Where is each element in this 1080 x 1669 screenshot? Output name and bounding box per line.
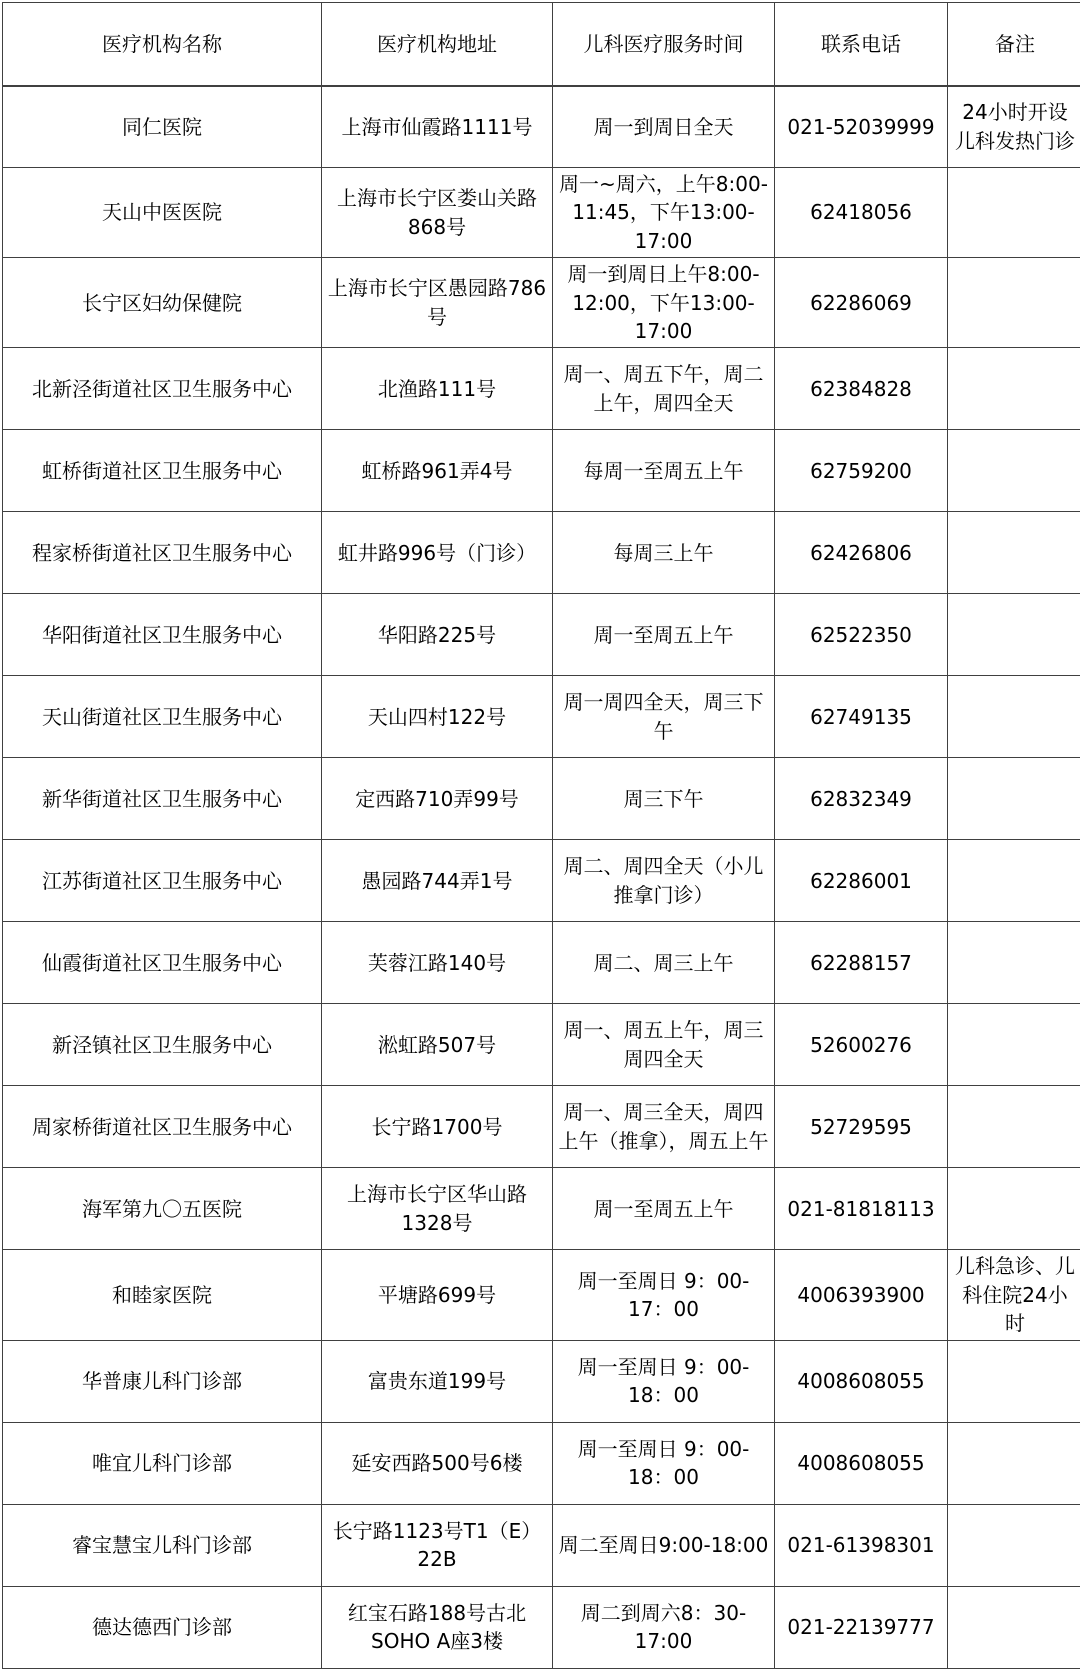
cell-phone: 62288157 [775, 922, 948, 1004]
cell-institution-name: 同仁医院 [3, 86, 322, 168]
cell-remark [948, 840, 1080, 922]
cell-institution-name: 天山街道社区卫生服务中心 [3, 676, 322, 758]
cell-institution-address: 定西路710弄99号 [322, 758, 553, 840]
cell-institution-name: 江苏街道社区卫生服务中心 [3, 840, 322, 922]
table-row: 睿宝慧宝儿科门诊部 长宁路1123号T1（E）22B 周二至周日9:00-18:… [3, 1504, 1080, 1586]
cell-service-hours: 周一、周五下午，周二上午，周四全天 [553, 348, 775, 430]
cell-remark [948, 512, 1080, 594]
cell-service-hours: 周一至周日 9：00-18：00 [553, 1340, 775, 1422]
cell-institution-address: 上海市仙霞路1111号 [322, 86, 553, 168]
cell-remark [948, 1340, 1080, 1422]
cell-phone: 62426806 [775, 512, 948, 594]
cell-remark [948, 168, 1080, 258]
table-row: 唯宜儿科门诊部 延安西路500号6楼 周一至周日 9：00-18：00 4008… [3, 1422, 1080, 1504]
cell-institution-name: 德达德西门诊部 [3, 1586, 322, 1668]
table-row: 和睦家医院 平塘路699号 周一至周日 9：00-17：00 400639390… [3, 1250, 1080, 1340]
cell-service-hours: 周一到周日上午8:00-12:00，下午13:00-17:00 [553, 258, 775, 348]
cell-institution-address: 天山四村122号 [322, 676, 553, 758]
cell-service-hours: 周二、周三上午 [553, 922, 775, 1004]
cell-institution-name: 程家桥街道社区卫生服务中心 [3, 512, 322, 594]
cell-institution-name: 周家桥街道社区卫生服务中心 [3, 1086, 322, 1168]
cell-institution-address: 虹桥路961弄4号 [322, 430, 553, 512]
cell-service-hours: 周二、周四全天（小儿推拿门诊） [553, 840, 775, 922]
table-row: 华普康儿科门诊部 富贵东道199号 周一至周日 9：00-18：00 40086… [3, 1340, 1080, 1422]
cell-institution-address: 虹井路996号（门诊） [322, 512, 553, 594]
cell-institution-address: 愚园路744弄1号 [322, 840, 553, 922]
cell-phone: 62749135 [775, 676, 948, 758]
col-header-phone: 联系电话 [775, 3, 948, 86]
cell-phone: 62418056 [775, 168, 948, 258]
cell-remark [948, 430, 1080, 512]
cell-institution-address: 平塘路699号 [322, 1250, 553, 1340]
cell-institution-name: 睿宝慧宝儿科门诊部 [3, 1504, 322, 1586]
cell-remark [948, 758, 1080, 840]
cell-service-hours: 周一、周五上午，周三周四全天 [553, 1004, 775, 1086]
table-row: 天山中医医院 上海市长宁区娄山关路868号 周一~周六，上午8:00-11:45… [3, 168, 1080, 258]
table-row: 华阳街道社区卫生服务中心 华阳路225号 周一至周五上午 62522350 [3, 594, 1080, 676]
cell-service-hours: 周一到周日全天 [553, 86, 775, 168]
cell-institution-address: 红宝石路188号古北SOHO A座3楼 [322, 1586, 553, 1668]
cell-institution-name: 新华街道社区卫生服务中心 [3, 758, 322, 840]
cell-remark [948, 1168, 1080, 1250]
table-row: 德达德西门诊部 红宝石路188号古北SOHO A座3楼 周二到周六8：30-17… [3, 1586, 1080, 1668]
medical-institutions-table: 医疗机构名称 医疗机构地址 儿科医疗服务时间 联系电话 备注 同仁医院 上海市仙… [2, 2, 1080, 1669]
cell-phone: 62522350 [775, 594, 948, 676]
cell-phone: 62832349 [775, 758, 948, 840]
cell-institution-name: 唯宜儿科门诊部 [3, 1422, 322, 1504]
cell-institution-address: 长宁路1123号T1（E）22B [322, 1504, 553, 1586]
cell-remark [948, 1504, 1080, 1586]
table-row: 周家桥街道社区卫生服务中心 长宁路1700号 周一、周三全天，周四上午（推拿），… [3, 1086, 1080, 1168]
table-row: 长宁区妇幼保健院 上海市长宁区愚园路786号 周一到周日上午8:00-12:00… [3, 258, 1080, 348]
table-row: 新华街道社区卫生服务中心 定西路710弄99号 周三下午 62832349 [3, 758, 1080, 840]
cell-institution-name: 华普康儿科门诊部 [3, 1340, 322, 1422]
table-row: 程家桥街道社区卫生服务中心 虹井路996号（门诊） 每周三上午 62426806 [3, 512, 1080, 594]
cell-institution-address: 芙蓉江路140号 [322, 922, 553, 1004]
cell-phone: 62384828 [775, 348, 948, 430]
cell-remark: 儿科急诊、儿科住院24小时 [948, 1250, 1080, 1340]
cell-institution-address: 长宁路1700号 [322, 1086, 553, 1168]
cell-remark [948, 348, 1080, 430]
cell-service-hours: 周一至周日 9：00-17：00 [553, 1250, 775, 1340]
cell-service-hours: 周三下午 [553, 758, 775, 840]
cell-institution-address: 延安西路500号6楼 [322, 1422, 553, 1504]
cell-institution-name: 长宁区妇幼保健院 [3, 258, 322, 348]
cell-institution-address: 上海市长宁区愚园路786号 [322, 258, 553, 348]
col-header-service-hours: 儿科医疗服务时间 [553, 3, 775, 86]
cell-institution-name: 天山中医医院 [3, 168, 322, 258]
cell-institution-name: 海军第九〇五医院 [3, 1168, 322, 1250]
cell-service-hours: 周一至周五上午 [553, 594, 775, 676]
table-row: 仙霞街道社区卫生服务中心 芙蓉江路140号 周二、周三上午 62288157 [3, 922, 1080, 1004]
cell-service-hours: 周一~周六，上午8:00-11:45，下午13:00-17:00 [553, 168, 775, 258]
cell-institution-name: 和睦家医院 [3, 1250, 322, 1340]
cell-institution-address: 淞虹路507号 [322, 1004, 553, 1086]
cell-remark [948, 1004, 1080, 1086]
table-row: 同仁医院 上海市仙霞路1111号 周一到周日全天 021-52039999 24… [3, 86, 1080, 168]
cell-remark: 24小时开设儿科发热门诊 [948, 86, 1080, 168]
cell-remark [948, 1586, 1080, 1668]
cell-institution-name: 虹桥街道社区卫生服务中心 [3, 430, 322, 512]
cell-service-hours: 周一周四全天，周三下午 [553, 676, 775, 758]
cell-phone: 62286069 [775, 258, 948, 348]
cell-service-hours: 周一至周五上午 [553, 1168, 775, 1250]
cell-phone: 62286001 [775, 840, 948, 922]
col-header-institution-address: 医疗机构地址 [322, 3, 553, 86]
table-row: 北新泾街道社区卫生服务中心 北渔路111号 周一、周五下午，周二上午，周四全天 … [3, 348, 1080, 430]
cell-institution-name: 新泾镇社区卫生服务中心 [3, 1004, 322, 1086]
cell-phone: 52729595 [775, 1086, 948, 1168]
table-row: 江苏街道社区卫生服务中心 愚园路744弄1号 周二、周四全天（小儿推拿门诊） 6… [3, 840, 1080, 922]
cell-service-hours: 周一至周日 9：00-18：00 [553, 1422, 775, 1504]
table-row: 新泾镇社区卫生服务中心 淞虹路507号 周一、周五上午，周三周四全天 52600… [3, 1004, 1080, 1086]
cell-service-hours: 每周三上午 [553, 512, 775, 594]
table-header-row: 医疗机构名称 医疗机构地址 儿科医疗服务时间 联系电话 备注 [3, 3, 1080, 86]
table-row: 海军第九〇五医院 上海市长宁区华山路1328号 周一至周五上午 021-8181… [3, 1168, 1080, 1250]
cell-service-hours: 周二至周日9:00-18:00 [553, 1504, 775, 1586]
cell-service-hours: 周二到周六8：30-17:00 [553, 1586, 775, 1668]
cell-phone: 021-81818113 [775, 1168, 948, 1250]
cell-institution-name: 华阳街道社区卫生服务中心 [3, 594, 322, 676]
cell-remark [948, 258, 1080, 348]
cell-service-hours: 周一、周三全天，周四上午（推拿），周五上午 [553, 1086, 775, 1168]
cell-institution-address: 北渔路111号 [322, 348, 553, 430]
cell-institution-name: 北新泾街道社区卫生服务中心 [3, 348, 322, 430]
cell-institution-address: 华阳路225号 [322, 594, 553, 676]
cell-phone: 62759200 [775, 430, 948, 512]
cell-remark [948, 922, 1080, 1004]
cell-institution-address: 上海市长宁区华山路1328号 [322, 1168, 553, 1250]
medical-institutions-sheet: 医疗机构名称 医疗机构地址 儿科医疗服务时间 联系电话 备注 同仁医院 上海市仙… [0, 0, 1080, 1647]
cell-remark [948, 1086, 1080, 1168]
cell-phone: 52600276 [775, 1004, 948, 1086]
cell-phone: 4008608055 [775, 1422, 948, 1504]
cell-service-hours: 每周一至周五上午 [553, 430, 775, 512]
cell-phone: 021-22139777 [775, 1586, 948, 1668]
col-header-institution-name: 医疗机构名称 [3, 3, 322, 86]
cell-phone: 4008608055 [775, 1340, 948, 1422]
cell-remark [948, 676, 1080, 758]
cell-remark [948, 594, 1080, 676]
cell-remark [948, 1422, 1080, 1504]
table-row: 虹桥街道社区卫生服务中心 虹桥路961弄4号 每周一至周五上午 62759200 [3, 430, 1080, 512]
cell-phone: 4006393900 [775, 1250, 948, 1340]
cell-institution-address: 上海市长宁区娄山关路868号 [322, 168, 553, 258]
cell-institution-name: 仙霞街道社区卫生服务中心 [3, 922, 322, 1004]
cell-phone: 021-61398301 [775, 1504, 948, 1586]
table-row: 天山街道社区卫生服务中心 天山四村122号 周一周四全天，周三下午 627491… [3, 676, 1080, 758]
cell-phone: 021-52039999 [775, 86, 948, 168]
cell-institution-address: 富贵东道199号 [322, 1340, 553, 1422]
col-header-remark: 备注 [948, 3, 1080, 86]
